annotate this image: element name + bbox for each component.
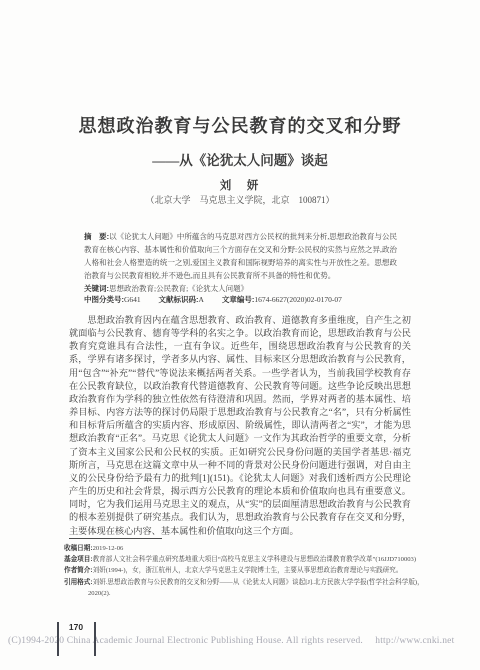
- citation-note: 引用格式:刘妍.思想政治教育与公民教育的交叉和分野——从《论犹太人问题》谈起[J…: [64, 577, 476, 588]
- page-number: 170: [57, 622, 95, 632]
- citation-label: 引用格式:: [64, 579, 93, 586]
- keywords-text: 思想政治教育;公民教育;《论犹太人问题》: [109, 284, 248, 293]
- fund-label: 基金项目:: [64, 556, 93, 563]
- author-bio-label: 作者简介:: [64, 567, 93, 574]
- page-number-right-rule: [94, 622, 96, 656]
- footnote-block: 收稿日期:2019-12-06 基金项目:教育部人文社会科学重点研究基地重大项目…: [64, 543, 476, 599]
- author-bio-text: 刘妍(1994-)，女，浙江杭州人，北京大学马克思主义学院博士生，主要从事思想政…: [93, 567, 403, 574]
- citation-text-line1: 刘妍.思想政治教育与公民教育的交叉和分野——从《论犹太人问题》谈起[J].北方民…: [93, 579, 424, 586]
- clc-value: G641: [124, 295, 141, 304]
- article-id-group: 文章编号:1674-6627(2020)02-0170-07: [222, 295, 342, 304]
- abstract-label: 摘 要:: [84, 232, 109, 241]
- page-number-left-rule: [57, 622, 59, 656]
- article-id-label: 文章编号:: [222, 295, 255, 304]
- doc-code-value: A: [199, 295, 204, 304]
- article-title: 思想政治教育与公民教育的交叉和分野: [0, 112, 480, 138]
- body-paragraph: 思想政治教育因内在蕴含思想教育、政治教育、道德教育多重维度，自产生之初就面临与公…: [69, 314, 411, 538]
- footnote-divider: [69, 538, 162, 539]
- fund-text: 教育部人文社会科学重点研究基地重大项目“高校马克思主义学科建设与思想政治课教育教…: [93, 556, 416, 563]
- received-date-note: 收稿日期:2019-12-06: [64, 543, 476, 554]
- author-name: 刘 妍: [0, 177, 480, 193]
- doc-code-group: 文献标识码:A: [159, 295, 204, 304]
- abstract-block: 摘 要:以《论犹太人问题》中所蕴含的马克思对西方公民权的批判来分析,思想政治教育…: [84, 231, 397, 283]
- author-affiliation: （北京大学 马克思主义学院，北京 100871）: [0, 193, 480, 206]
- received-date-value: 2019-12-06: [93, 545, 124, 552]
- keywords-line: 关键词:思想政治教育;公民教育;《论犹太人问题》: [84, 283, 397, 294]
- classification-line: 中图分类号:G641 文献标识码:A 文章编号:1674-6627(2020)0…: [84, 294, 414, 305]
- citation-note-line2: 2020(2).: [64, 588, 476, 599]
- doc-code-label: 文献标识码:: [159, 295, 199, 304]
- abstract-text: 以《论犹太人问题》中所蕴含的马克思对西方公民权的批判来分析,思想政治教育与公民教…: [84, 232, 397, 280]
- journal-page-scan: 思想政治教育与公民教育的交叉和分野 ——从《论犹太人问题》谈起 刘 妍 （北京大…: [0, 0, 480, 670]
- fund-note: 基金项目:教育部人文社会科学重点研究基地重大项目“高校马克思主义学科建设与思想政…: [64, 554, 476, 565]
- clc-group: 中图分类号:G641: [84, 295, 141, 304]
- article-id-value: 1674-6627(2020)02-0170-07: [254, 295, 342, 304]
- author-bio-note: 作者简介:刘妍(1994-)，女，浙江杭州人，北京大学马克思主义学院博士生，主要…: [64, 565, 476, 576]
- clc-label: 中图分类号:: [84, 295, 124, 304]
- article-subtitle: ——从《论犹太人问题》谈起: [0, 149, 480, 169]
- received-date-label: 收稿日期:: [64, 545, 93, 552]
- cnki-copyright-line: (C)1994-2020 China Academic Journal Elec…: [8, 632, 478, 646]
- keywords-label: 关键词:: [84, 284, 109, 293]
